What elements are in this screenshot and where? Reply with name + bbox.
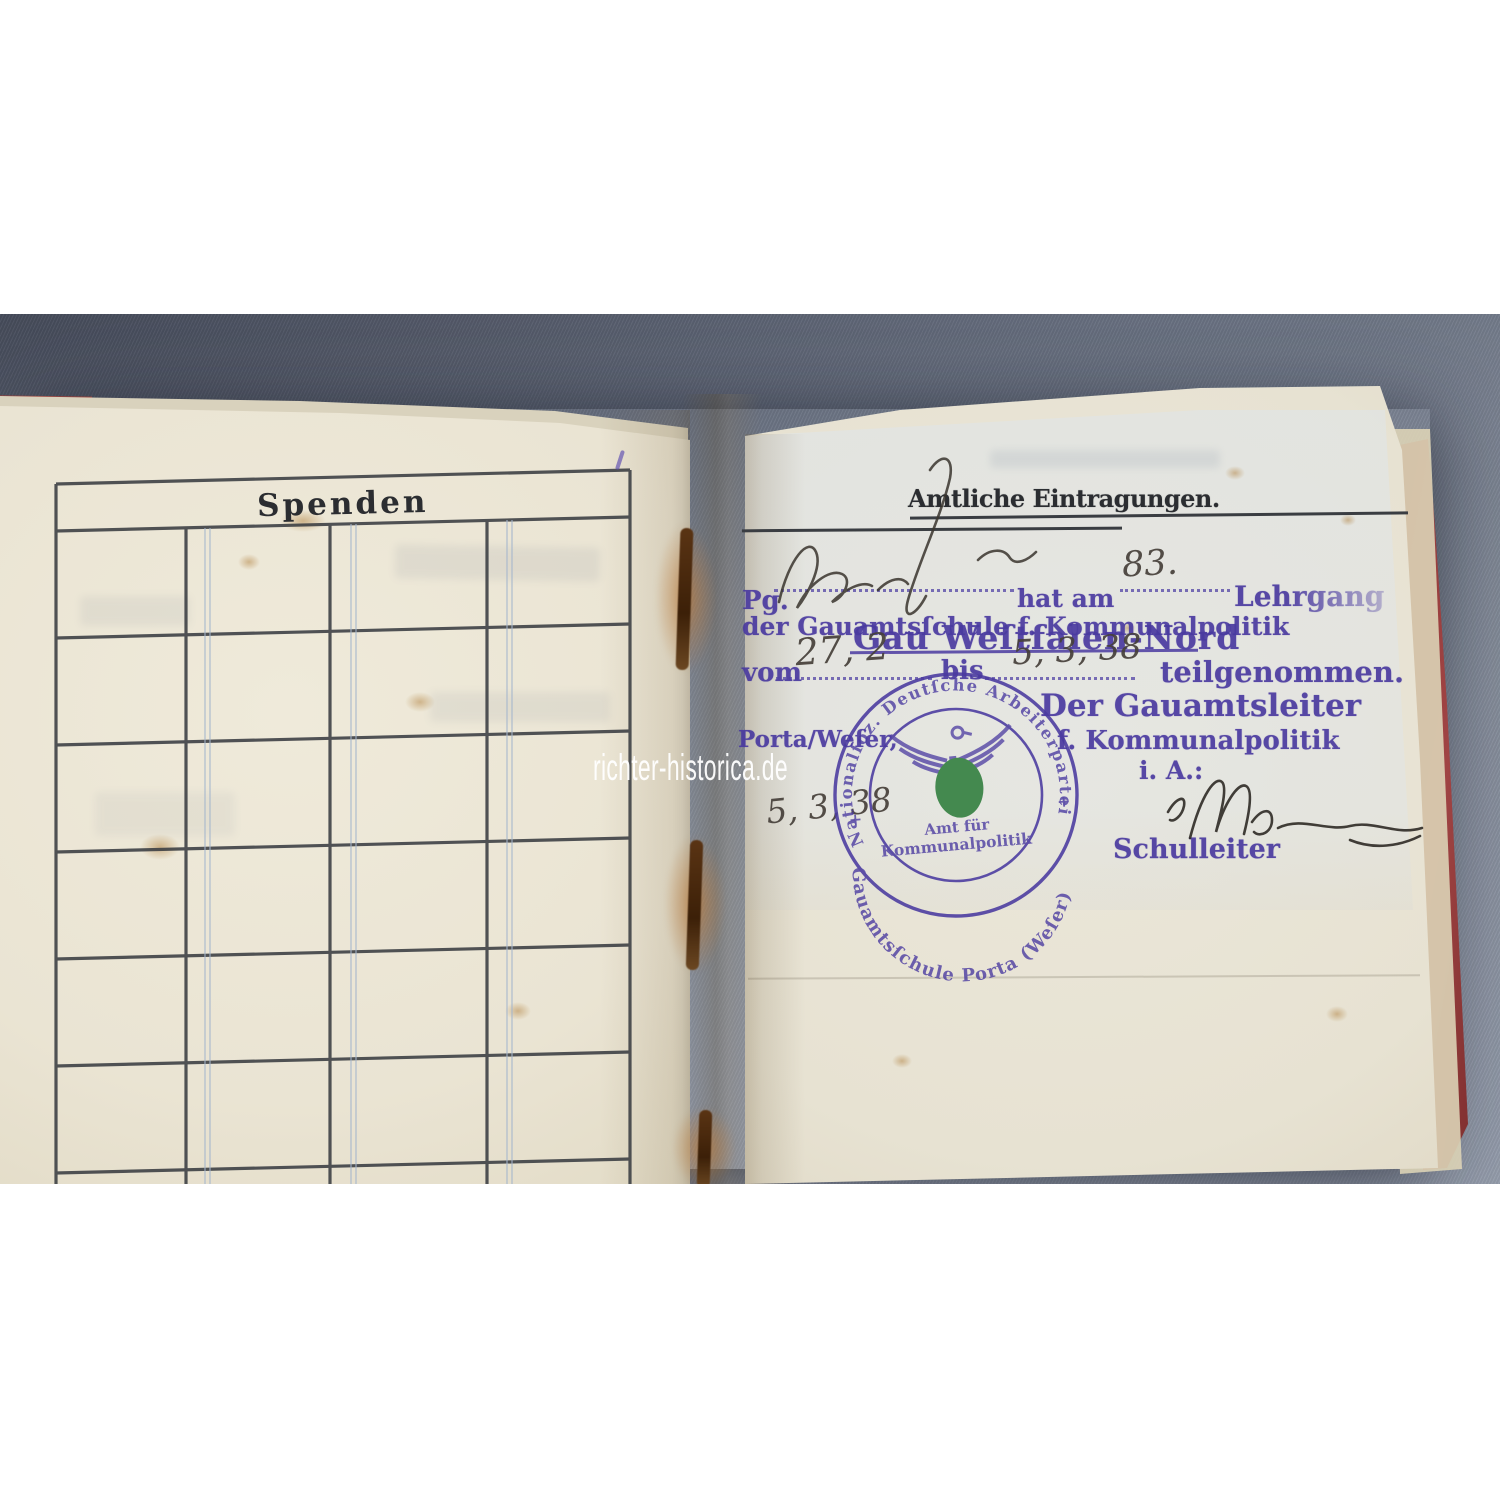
- handwritten-name-signature: [760, 440, 1050, 630]
- spenden-table: Spenden: [0, 0, 700, 1200]
- stamp-separator-left: +: [848, 809, 863, 829]
- stamp-separator-right: +: [1056, 791, 1071, 811]
- stain: [1326, 1006, 1348, 1022]
- stain: [892, 1054, 912, 1068]
- vom-label: vom: [742, 658, 802, 688]
- product-photo: Spenden Amtliche Eintragungen. Pg. hat a…: [0, 0, 1500, 1500]
- lehrgang-label: Lehrgang: [1234, 580, 1384, 613]
- stain: [1340, 514, 1356, 526]
- teilgenommen-label: teilgenommen.: [1160, 655, 1404, 689]
- dotted-line: [1120, 588, 1230, 592]
- stain: [1225, 466, 1245, 480]
- official-stamp: Nationalſoz. Deutſche Arbeiterpartei Gau…: [820, 660, 1110, 960]
- handwritten-lehrgang-number: 83.: [1121, 543, 1179, 586]
- spenden-title: Spenden: [257, 484, 429, 524]
- watermark: richter-historica.de: [593, 747, 788, 789]
- schulleiter-signature: [1150, 770, 1440, 880]
